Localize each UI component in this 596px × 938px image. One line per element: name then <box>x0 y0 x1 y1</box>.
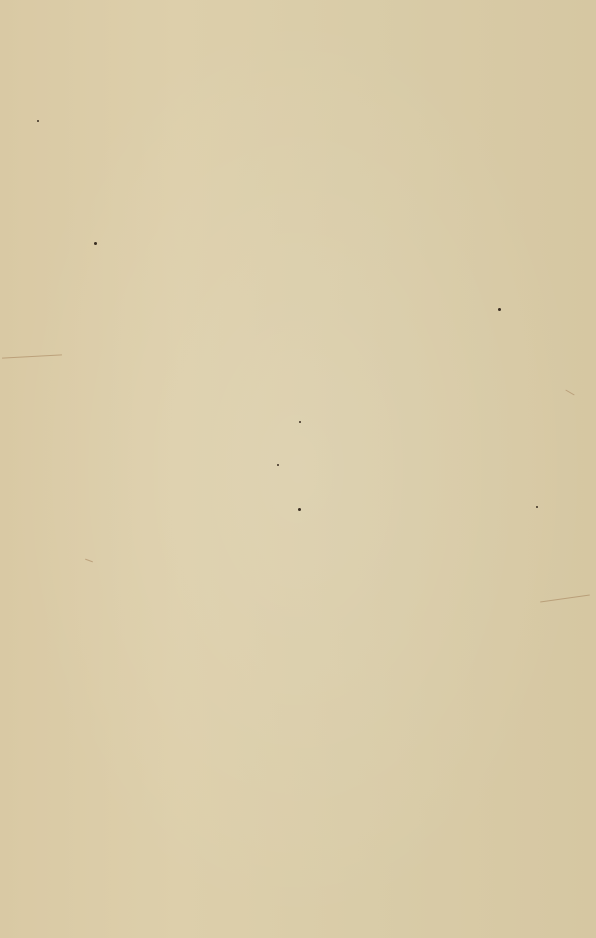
paper-fiber <box>2 354 62 358</box>
paper-speck <box>498 308 501 311</box>
paper-speck <box>299 421 301 423</box>
paper-fiber <box>565 390 574 396</box>
paper-speck <box>298 508 301 511</box>
paper-speck <box>277 464 279 466</box>
paper-speck <box>37 120 39 122</box>
paper-speck <box>536 506 538 508</box>
paper-speck <box>94 242 97 245</box>
paper-fiber <box>85 559 93 563</box>
paper-fiber <box>540 595 590 603</box>
blank-paper-page <box>0 0 596 938</box>
